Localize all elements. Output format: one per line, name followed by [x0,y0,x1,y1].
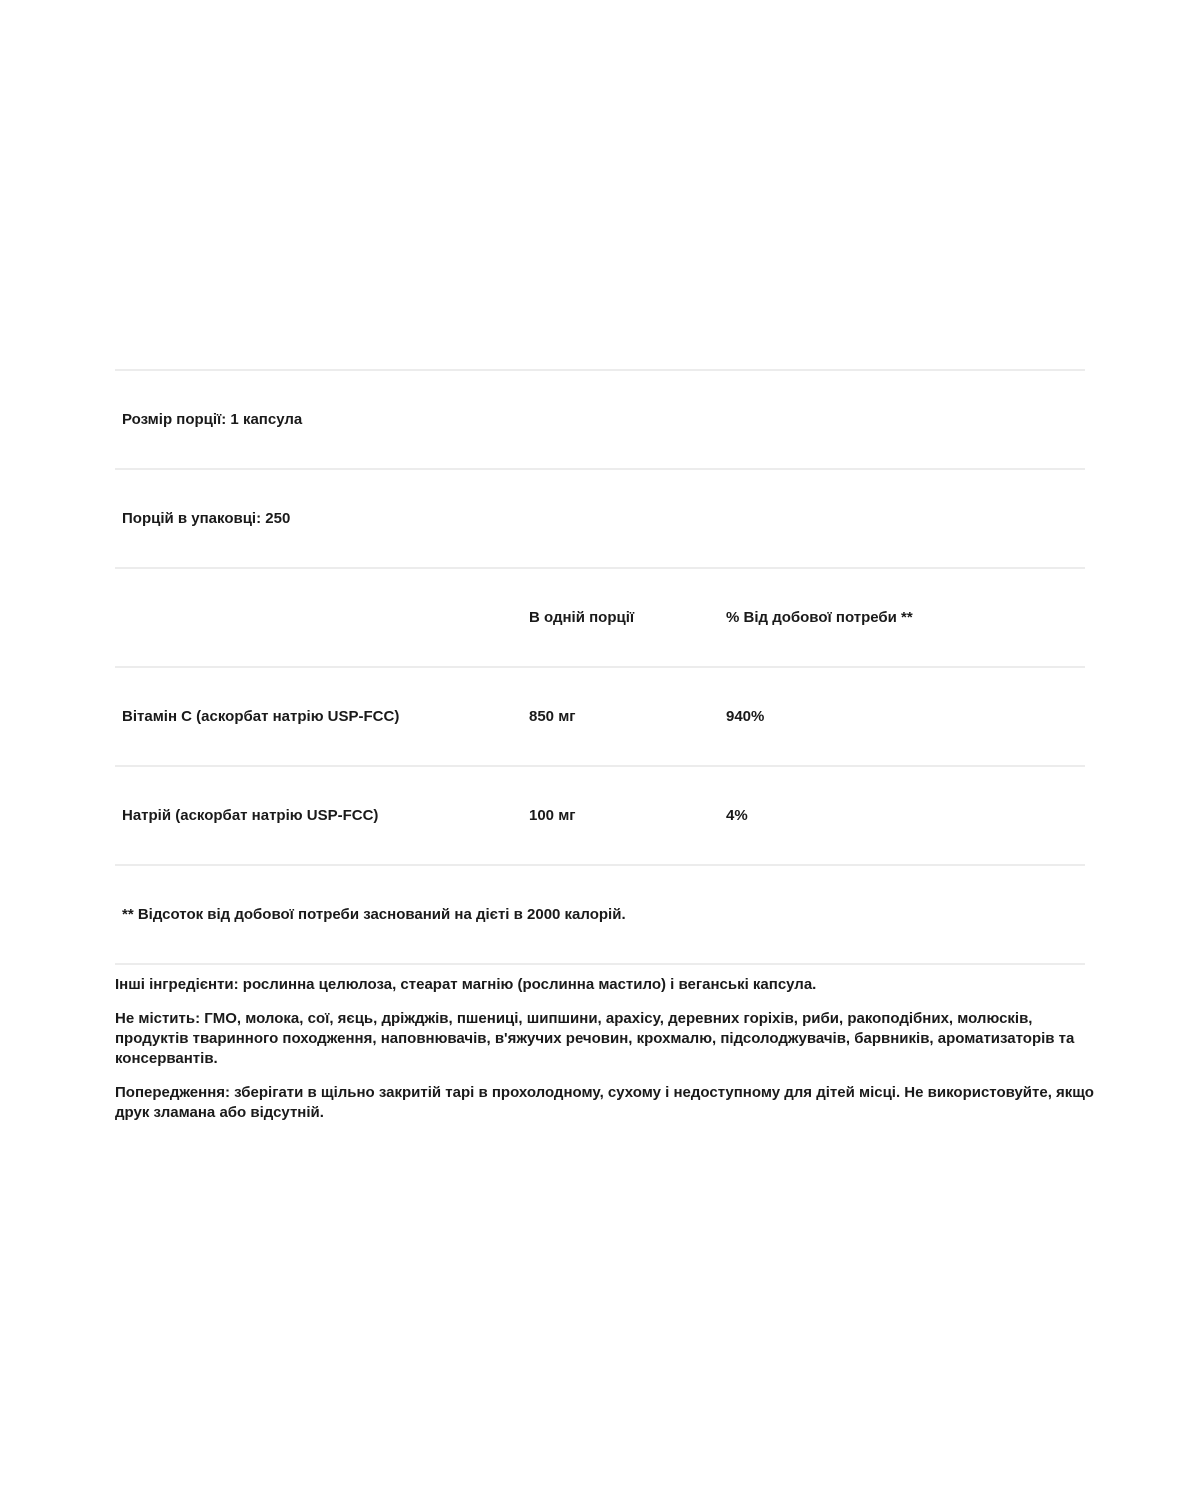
servings-per-container: Порцій в упаковці: 250 [122,510,290,527]
supplement-facts-table: Розмір порції: 1 капсула Порцій в упаков… [115,369,1085,965]
nutrient-amount: 100 мг [529,807,576,824]
header-daily-value: % Від добової потреби ** [726,609,913,626]
nutrient-daily-value: 940% [726,708,764,725]
does-not-contain: Не містить: ГМО, молока, сої, яєць, дріж… [115,1009,1100,1069]
footnote-row: ** Відсоток від добової потреби заснован… [115,864,1085,965]
table-row: Натрій (аскорбат натрію USP-FCC) 100 мг … [115,765,1085,864]
nutrient-amount: 850 мг [529,708,576,725]
nutrient-daily-value: 4% [726,807,748,824]
table-header-row: В одній порції % Від добової потреби ** [115,567,1085,666]
other-ingredients: Інші інгредієнти: рослинна целюлоза, сте… [115,975,1100,995]
header-amount: В одній порції [529,609,634,626]
daily-value-footnote: ** Відсоток від добової потреби заснован… [122,906,626,923]
nutrient-name: Вітамін С (аскорбат натрію USP-FCC) [122,708,399,725]
table-row: Вітамін С (аскорбат натрію USP-FCC) 850 … [115,666,1085,765]
serving-size-row: Розмір порції: 1 капсула [115,369,1085,468]
product-notes: Інші інгредієнти: рослинна целюлоза, сте… [115,975,1100,1137]
servings-per-container-row: Порцій в упаковці: 250 [115,468,1085,567]
nutrient-name: Натрій (аскорбат натрію USP-FCC) [122,807,378,824]
warning: Попередження: зберігати в щільно закриті… [115,1083,1100,1123]
serving-size: Розмір порції: 1 капсула [122,411,302,428]
